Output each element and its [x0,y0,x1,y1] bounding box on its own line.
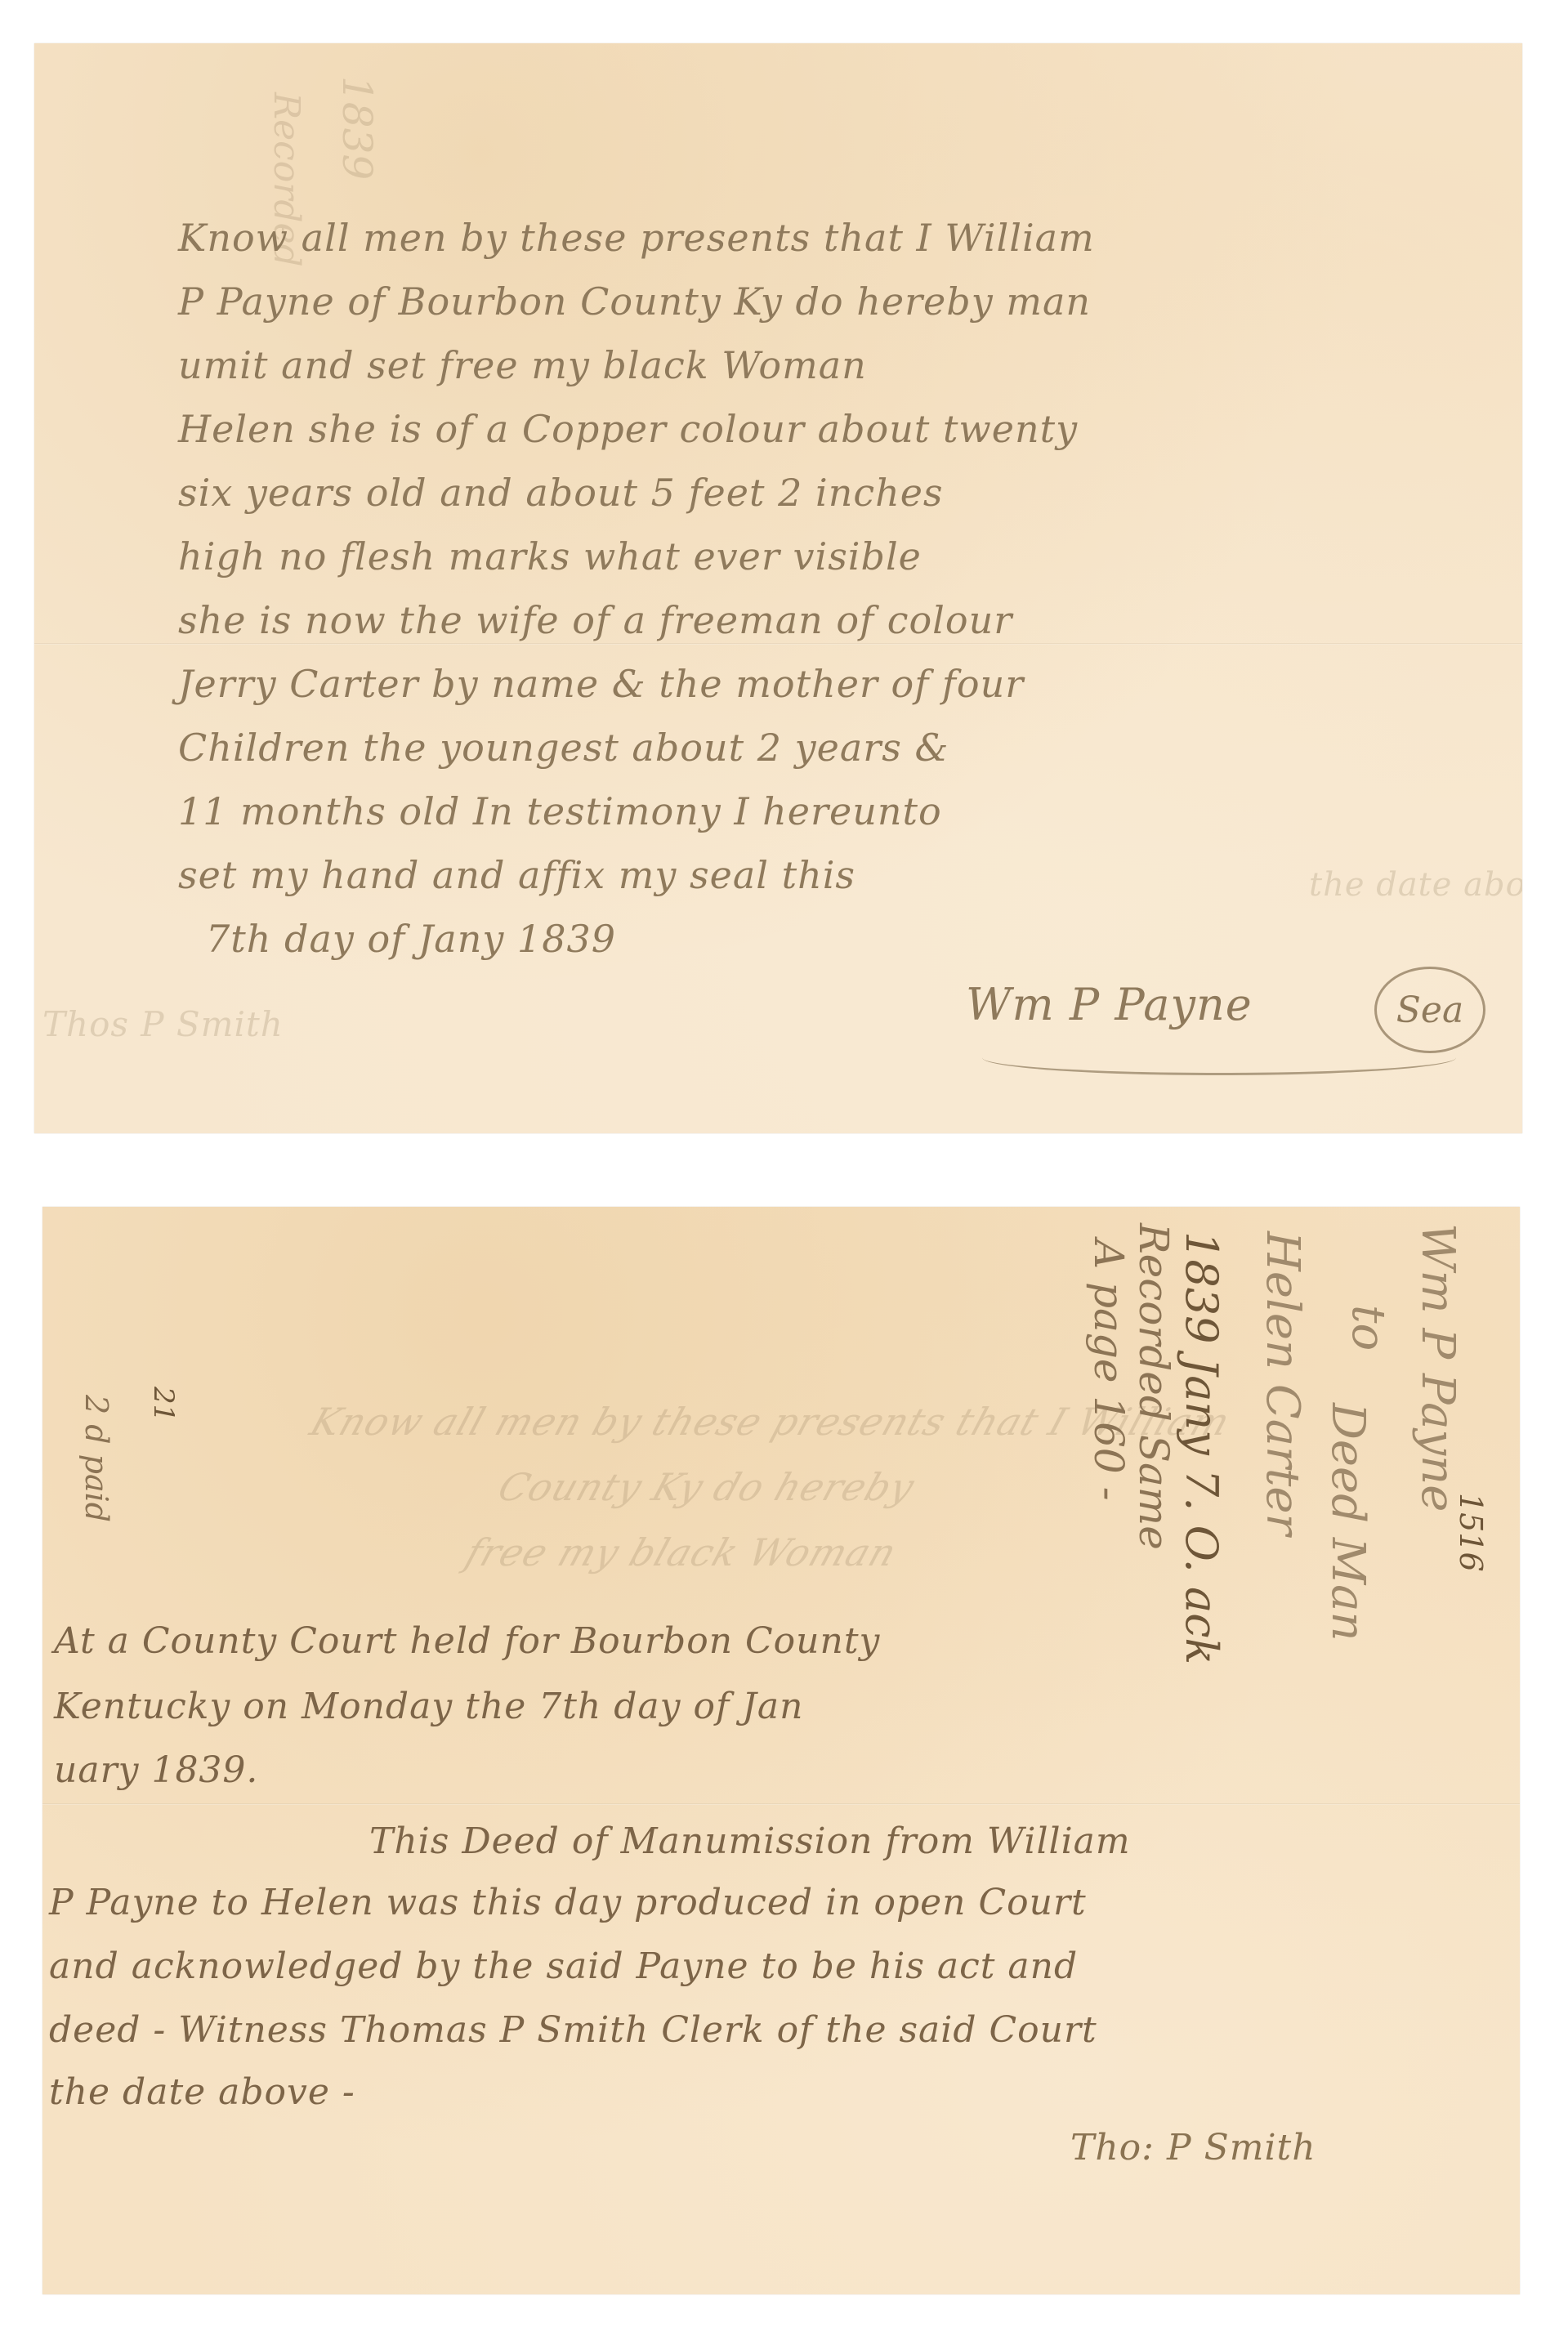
court-record-line: and acknowledged by the said Payne to be… [49,1949,1078,1985]
bleed-through-text: the date above [1309,869,1522,901]
bleed-through-text: free my black Woman [462,1534,902,1571]
bleed-through-text: Thos P Smith [42,1007,284,1042]
court-record-line: This Deed of Manumission from William [369,1824,1131,1860]
bleed-through-text: 1839 [337,76,377,180]
court-record-line: P Payne to Helen was this day produced i… [49,1885,1087,1921]
court-heading-line: Kentucky on Monday the 7th day of Jan [54,1689,803,1725]
fold-crease [42,1803,1520,1805]
deed-line: Helen she is of a Copper colour about tw… [178,410,1078,448]
signature-flourish [982,1040,1456,1075]
deed-line: P Payne of Bourbon County Ky do hereby m… [178,283,1091,320]
docket-line: Helen Carter [1259,1231,1305,1535]
deed-line: Jerry Carter by name & the mother of fou… [178,665,1024,703]
deed-line: Children the youngest about 2 years & [178,729,949,766]
margin-note: 2 d paid [81,1395,112,1522]
deed-line: she is now the wife of a freeman of colo… [178,601,1012,639]
seal-label: Sea [1396,989,1463,1031]
docket-line: 1839 Jany 7. O. ack [1179,1231,1223,1664]
deed-line: 11 months old In testimony I hereunto [178,793,942,830]
bleed-through-text: County Ky do hereby [494,1468,919,1506]
deed-line: high no flesh marks what ever visible [178,538,922,575]
back-sheet-court-record: Know all men by these presents that I Wi… [42,1207,1520,2294]
court-heading-line: uary 1839. [54,1753,258,1789]
court-heading-line: At a County Court held for Bourbon Count… [54,1624,880,1659]
docket-line: to [1345,1305,1391,1351]
court-record-line: deed - Witness Thomas P Smith Clerk of t… [49,2012,1097,2048]
signature-wm-p-payne: Wm P Payne [966,983,1253,1027]
deed-line: six years old and about 5 feet 2 inches [178,474,944,511]
docket-line: Wm P Payne [1414,1223,1460,1512]
signature-tho-p-smith: Tho: P Smith [1070,2130,1316,2166]
docket-line: A page 160 - [1088,1239,1129,1501]
deed-date-line: 7th day of Jany 1839 [206,920,616,958]
front-sheet-manumission-deed: 1839 Recorded Thos P Smith the date abov… [34,43,1522,1133]
docket-line: Deed Man [1325,1403,1370,1641]
deed-line: Know all men by these presents that I Wi… [178,219,1095,257]
deed-line: set my hand and affix my seal this [178,856,855,894]
margin-note: 21 [150,1387,177,1422]
deed-line: umit and set free my black Woman [178,346,867,384]
court-record-line: the date above - [49,2075,355,2110]
fold-crease [34,643,1522,645]
docket-line: Recorded Same [1133,1223,1174,1550]
